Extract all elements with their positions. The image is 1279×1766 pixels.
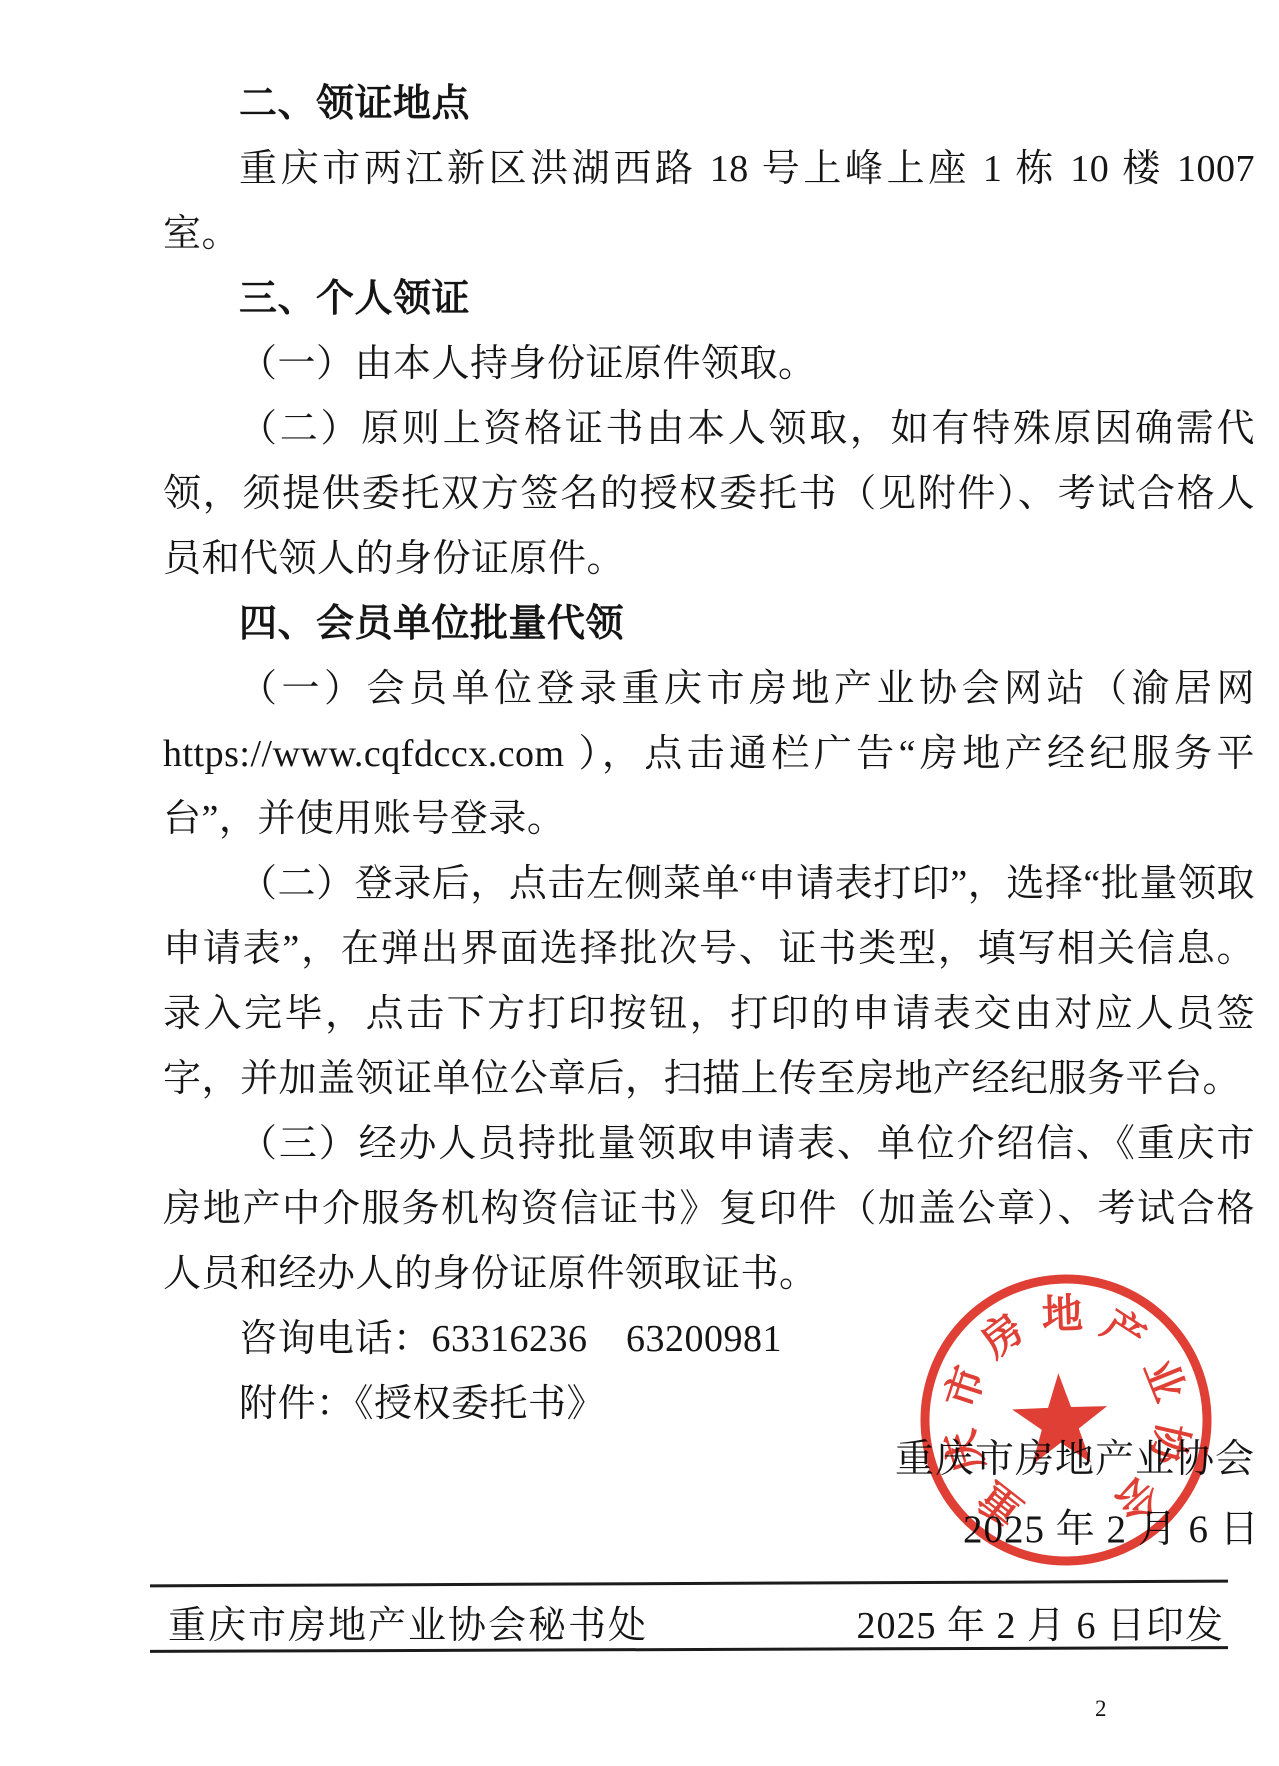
paragraph-batch-2: （二）登录后，点击左侧菜单“申请表打印”，选择“批量领取申请表”，在弹出界面选择… — [163, 852, 1255, 1112]
paragraph-personal-1: （一）由本人持身份证原件领取。 — [163, 332, 1255, 397]
address-paragraph: 重庆市两江新区洪湖西路 18 号上峰上座 1 栋 10 楼 1007 室。 — [163, 137, 1255, 267]
official-seal-stamp: 重庆市房地产业协会 — [913, 1267, 1219, 1573]
seal-character: 会 — [1106, 1468, 1167, 1530]
document-page: 二、领证地点 重庆市两江新区洪湖西路 18 号上峰上座 1 栋 10 楼 100… — [0, 0, 1279, 1766]
document-body: 二、领证地点 重庆市两江新区洪湖西路 18 号上峰上座 1 栋 10 楼 100… — [163, 72, 1255, 1437]
footer-issuer: 重庆市房地产业协会秘书处 — [168, 1594, 648, 1649]
section-heading-3: 三、个人领证 — [163, 267, 1255, 332]
seal-character: 市 — [937, 1361, 993, 1414]
seal-character: 协 — [1142, 1419, 1196, 1471]
seal-star-icon — [1011, 1372, 1109, 1466]
seal-character: 房 — [971, 1305, 1032, 1367]
seal-character: 地 — [1041, 1290, 1084, 1337]
footer-rule-top — [150, 1580, 1228, 1588]
section-heading-2: 二、领证地点 — [163, 72, 1255, 137]
seal-character: 业 — [1135, 1353, 1193, 1408]
seal-character: 产 — [1094, 1301, 1153, 1362]
seal-character: 庆 — [937, 1425, 993, 1478]
footer-print-date: 2025 年 2 月 6 日印发 — [856, 1594, 1224, 1649]
paragraph-personal-2: （二）原则上资格证书由本人领取，如有特殊原因确需代领，须提供委托双方签名的授权委… — [163, 397, 1255, 592]
seal-character: 重 — [970, 1473, 1031, 1534]
section-heading-4: 四、会员单位批量代领 — [163, 592, 1255, 657]
page-number: 2 — [1095, 1696, 1107, 1722]
paragraph-batch-1: （一）会员单位登录重庆市房地产业协会网站（渝居网 https://www.cqf… — [163, 657, 1255, 852]
